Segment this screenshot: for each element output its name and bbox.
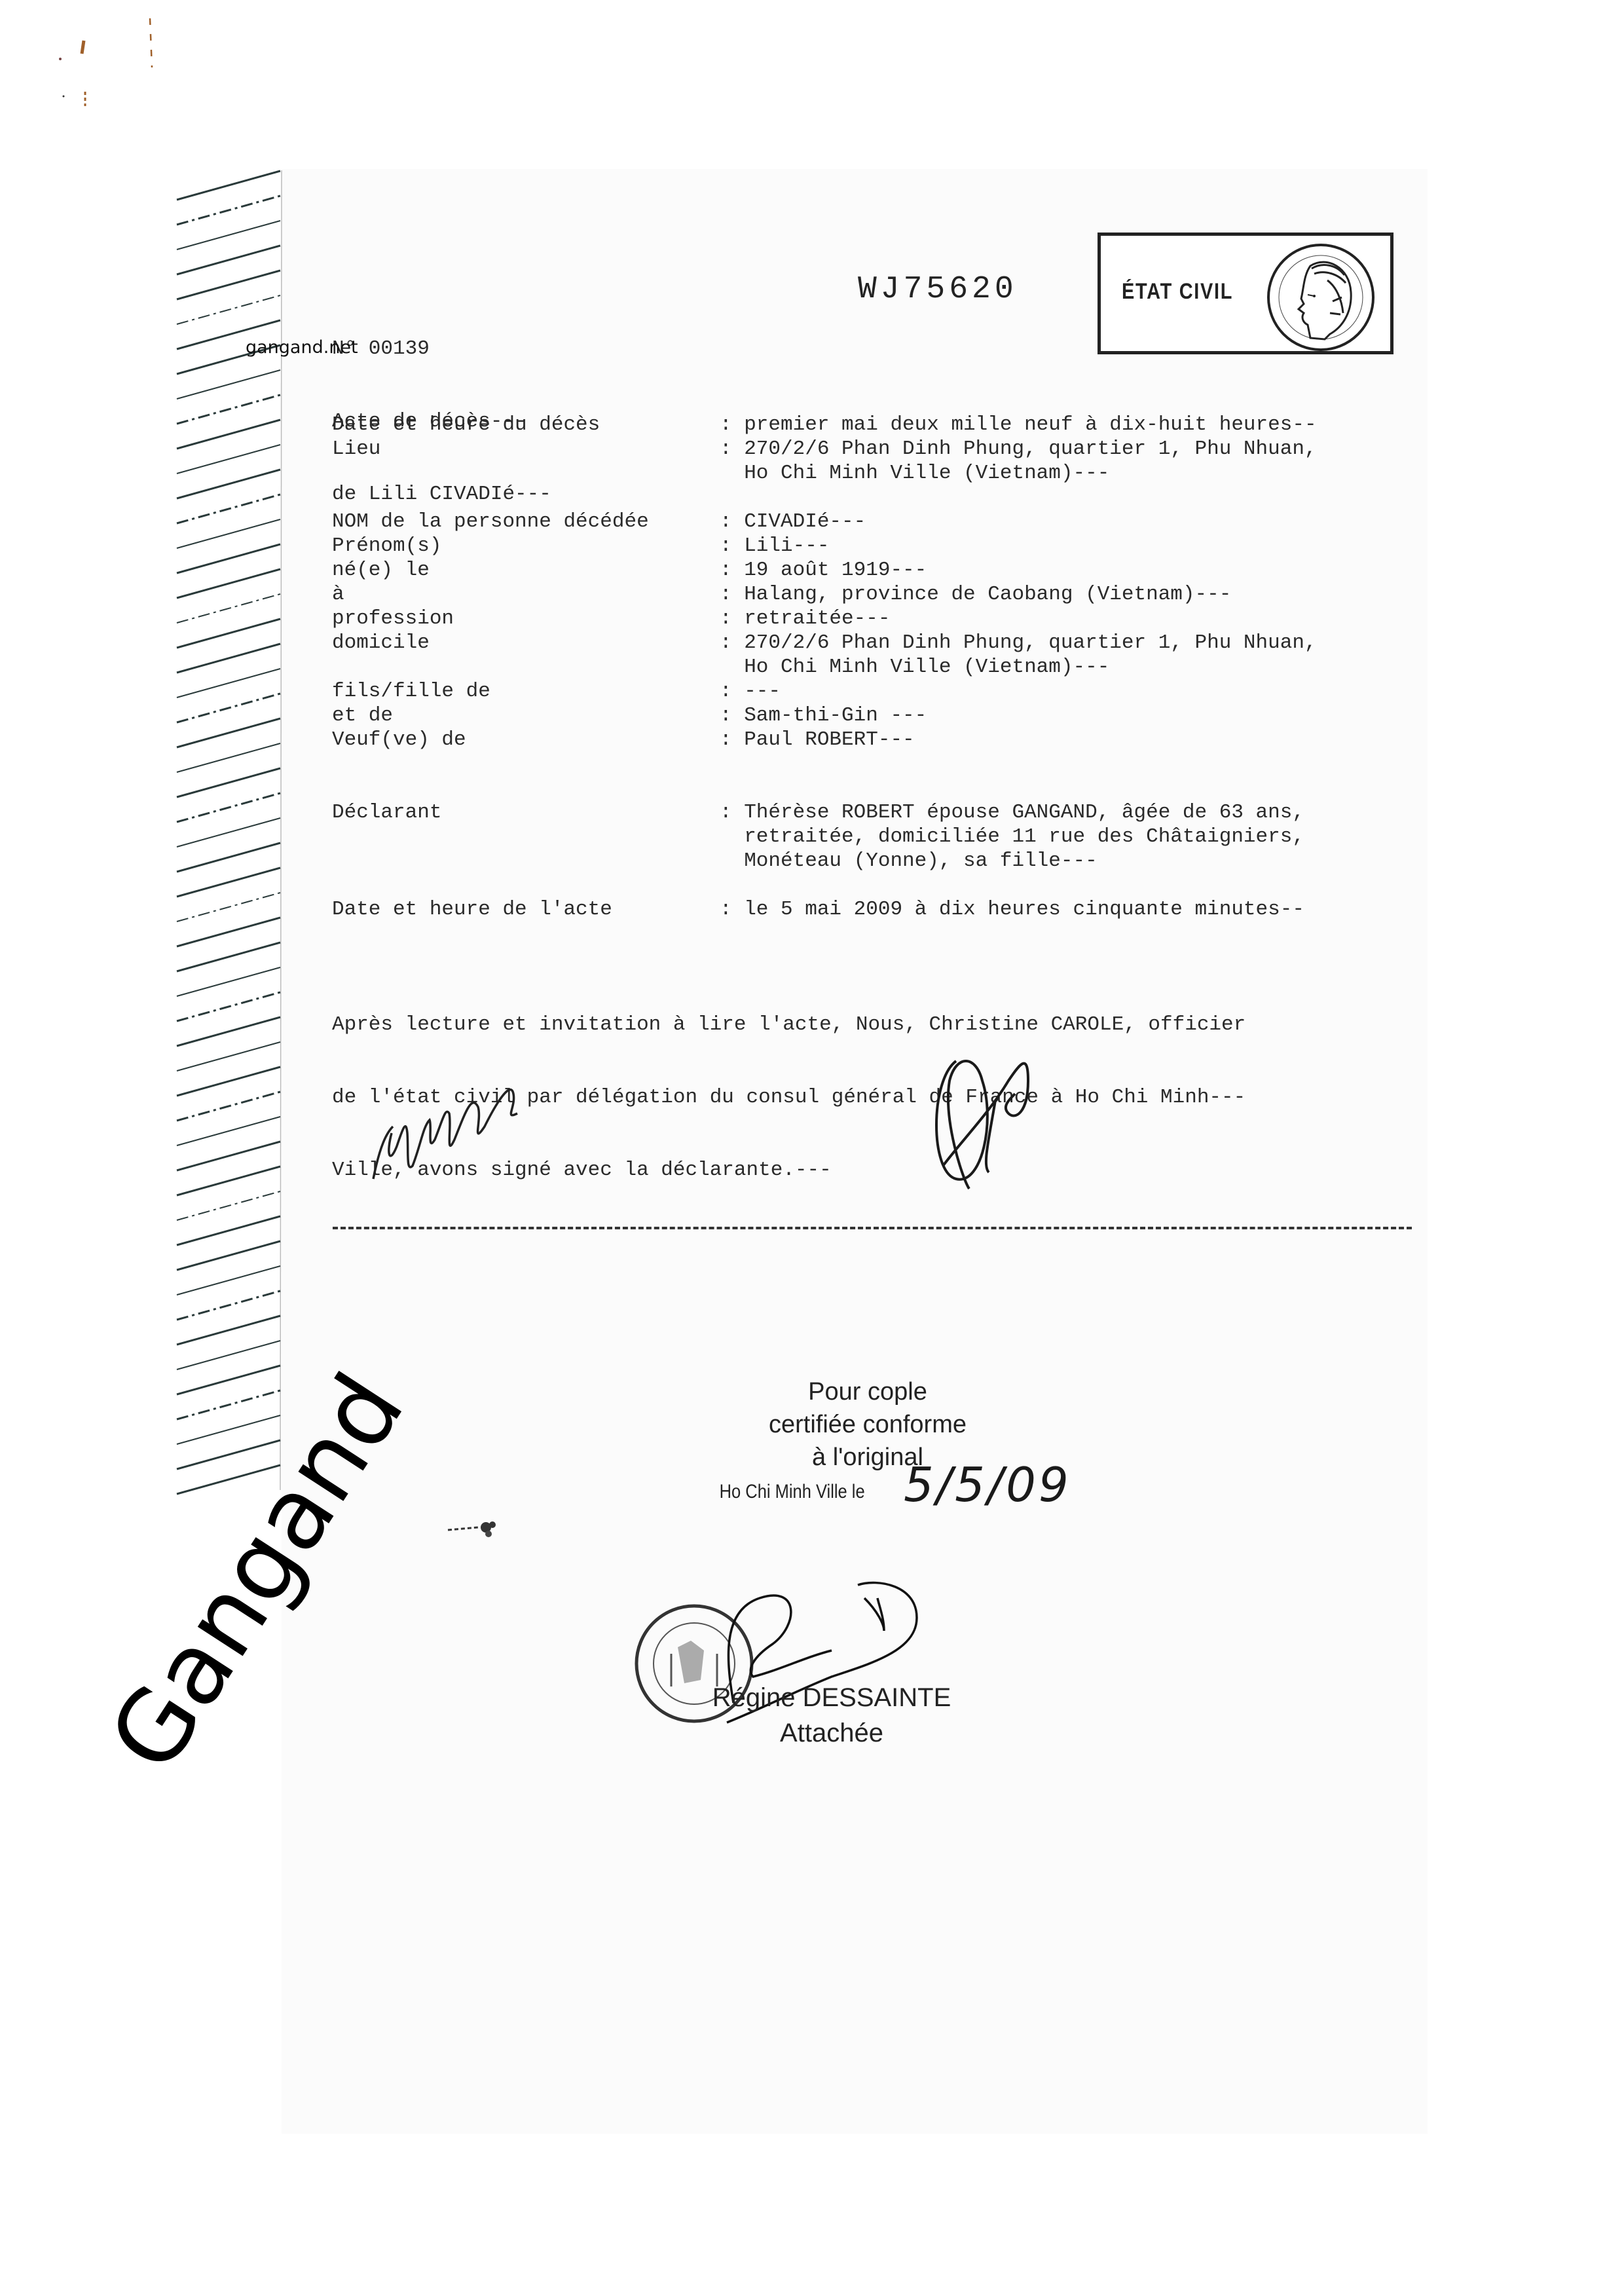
serial-number: WJ75620	[858, 272, 1018, 307]
marianne-seal-icon	[1264, 241, 1377, 354]
margin-hatching	[170, 167, 288, 1497]
field-value: : Paul ROBERT---	[720, 728, 915, 752]
section-divider	[333, 1227, 1412, 1229]
field-value: : 19 août 1919---	[720, 558, 927, 582]
ink-blot	[445, 1513, 511, 1546]
field-label: Lieu	[332, 437, 380, 461]
declarant-signature	[367, 1068, 563, 1199]
field-value: : Thérèse ROBERT épouse GANGAND, âgée de…	[720, 800, 1304, 825]
field-label: à	[332, 582, 344, 606]
paper-specks	[0, 0, 170, 170]
field-value: : retraitée---	[720, 606, 890, 631]
closing-line: Après lecture et invitation à lire l'act…	[332, 1013, 1246, 1037]
field-value: : Lili---	[720, 534, 829, 558]
field-label: fils/fille de	[332, 679, 490, 703]
officer-signature	[917, 1041, 1087, 1199]
etat-civil-label: ÉTAT CIVIL	[1122, 279, 1233, 305]
field-label: et de	[332, 703, 393, 728]
field-label: Veuf(ve) de	[332, 728, 466, 752]
cert-line-2: certifiée conforme	[655, 1408, 1080, 1441]
field-label: né(e) le	[332, 558, 430, 582]
field-label: profession	[332, 606, 454, 631]
field-value: : CIVADIé---	[720, 510, 866, 534]
signer-title: Attachée	[694, 1715, 969, 1751]
act-header: N° 00139 Acte de décès--- de Lili CIVADI…	[332, 288, 551, 531]
handwritten-date: 5/5/09	[904, 1457, 1071, 1512]
field-value: : 270/2/6 Phan Dinh Phung, quartier 1, P…	[720, 631, 1317, 655]
cert-place: Ho Chi Minh Ville le	[720, 1476, 865, 1508]
etat-civil-stamp: ÉTAT CIVIL	[1098, 233, 1393, 354]
act-subject: de Lili CIVADIé---	[332, 482, 551, 506]
field-value: retraitée, domiciliée 11 rue des Châtaig…	[720, 825, 1304, 849]
field-value: : ---	[720, 679, 781, 703]
field-value: : 270/2/6 Phan Dinh Phung, quartier 1, P…	[720, 437, 1317, 461]
field-value: : le 5 mai 2009 à dix heures cinquante m…	[720, 897, 1304, 922]
field-value: Ho Chi Minh Ville (Vietnam)---	[720, 655, 1109, 679]
site-watermark: gangand.net	[246, 337, 358, 358]
field-label: NOM de la personne décédée	[332, 510, 649, 534]
field-value: : premier mai deux mille neuf à dix-huit…	[720, 413, 1317, 437]
field-value: Monéteau (Yonne), sa fille---	[720, 849, 1098, 873]
field-value: Ho Chi Minh Ville (Vietnam)---	[720, 461, 1109, 485]
signer-block: Régine DESSAINTE Attachée	[694, 1680, 969, 1751]
act-number: N° 00139	[332, 337, 551, 361]
field-value: : Halang, province de Caobang (Vietnam)-…	[720, 582, 1231, 606]
field-label: domicile	[332, 631, 430, 655]
cert-line-1: Pour cople	[655, 1375, 1080, 1408]
field-label: Date et heure de l'acte	[332, 897, 612, 922]
field-label: Déclarant	[332, 800, 441, 825]
field-value: : Sam-thi-Gin ---	[720, 703, 927, 728]
field-label: Date et heure du décès	[332, 413, 600, 437]
field-label: Prénom(s)	[332, 534, 441, 558]
signer-name: Régine DESSAINTE	[694, 1680, 969, 1715]
